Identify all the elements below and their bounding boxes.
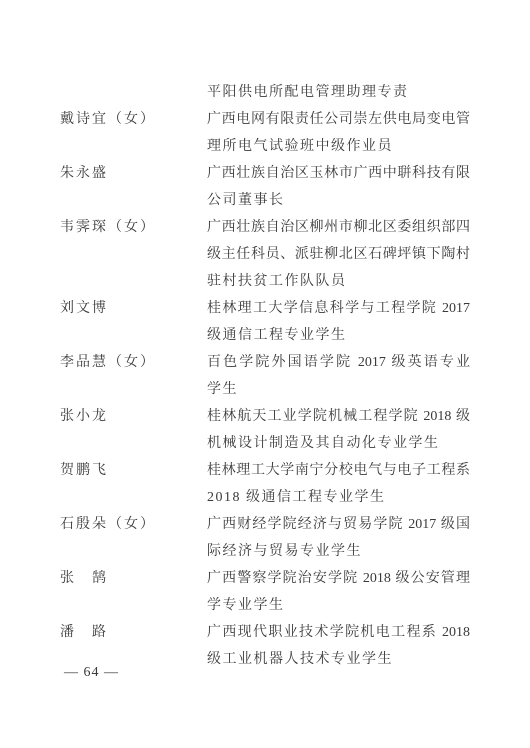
recipient-description: 广西壮族自治区玉林市广西中聠科技有限公司董事长	[207, 160, 470, 214]
description-line: 级工业机器人技术专业学生	[207, 646, 470, 673]
recipient-name: 韦霁琛（女）	[60, 214, 207, 241]
description-line: 百色学院外国语学院 2017 级英语专业	[207, 349, 470, 376]
recipient-description: 桂林理工大学信息科学与工程学院 2017级通信工程专业学生	[207, 295, 470, 349]
description-line: 学专业学生	[207, 592, 470, 619]
page-number: — 64 —	[64, 663, 119, 683]
recipient-description: 广西现代职业技术学院机电工程系 2018级工业机器人技术专业学生	[207, 619, 470, 673]
recipient-description: 百色学院外国语学院 2017 级英语专业学生	[207, 349, 470, 403]
description-line: 理所电气试验班中级作业员	[207, 133, 470, 160]
description-line: 广西壮族自治区玉林市广西中聠科技有限	[207, 160, 470, 187]
description-line: 广西壮族自治区柳州市柳北区委组织部四	[207, 214, 470, 241]
description-line: 桂林理工大学南宁分校电气与电子工程系	[207, 457, 470, 484]
recipient-entry: 张小龙桂林航天工业学院机械工程学院 2018 级机械设计制造及其自动化专业学生	[60, 403, 470, 457]
recipient-name: 贺鹏飞	[60, 457, 207, 484]
recipient-description: 桂林理工大学南宁分校电气与电子工程系2018 级通信工程专业学生	[207, 457, 470, 511]
recipient-entry: 贺鹏飞桂林理工大学南宁分校电气与电子工程系2018 级通信工程专业学生	[60, 457, 470, 511]
description-line: 机械设计制造及其自动化专业学生	[207, 430, 470, 457]
recipient-name: 李品慧（女）	[60, 349, 207, 376]
description-line: 公司董事长	[207, 187, 470, 214]
recipient-list: 平阳供电所配电管理助理专责戴诗宜（女）广西电网有限责任公司崇左供电局变电管理所电…	[60, 79, 470, 673]
recipient-entry: 平阳供电所配电管理助理专责	[60, 79, 470, 106]
recipient-entry: 朱永盛广西壮族自治区玉林市广西中聠科技有限公司董事长	[60, 160, 470, 214]
recipient-entry: 张 鹄广西警察学院治安学院 2018 级公安管理学专业学生	[60, 565, 470, 619]
description-line: 级通信工程专业学生	[207, 322, 470, 349]
recipient-name: 戴诗宜（女）	[60, 106, 207, 133]
description-line: 驻村扶贫工作队队员	[207, 268, 470, 295]
description-line: 广西现代职业技术学院机电工程系 2018	[207, 619, 470, 646]
recipient-entry: 戴诗宜（女）广西电网有限责任公司崇左供电局变电管理所电气试验班中级作业员	[60, 106, 470, 160]
recipient-description: 桂林航天工业学院机械工程学院 2018 级机械设计制造及其自动化专业学生	[207, 403, 470, 457]
description-line: 学生	[207, 376, 470, 403]
description-line: 际经济与贸易专业学生	[207, 538, 470, 565]
recipient-name: 潘 路	[60, 619, 207, 646]
recipient-description: 广西壮族自治区柳州市柳北区委组织部四级主任科员、派驻柳北区石碑坪镇下陶村驻村扶贫…	[207, 214, 470, 295]
description-line: 级主任科员、派驻柳北区石碑坪镇下陶村	[207, 241, 470, 268]
description-line: 桂林航天工业学院机械工程学院 2018 级	[207, 403, 470, 430]
description-line: 广西财经学院经济与贸易学院 2017 级国	[207, 511, 470, 538]
recipient-entry: 石殷朵（女）广西财经学院经济与贸易学院 2017 级国际经济与贸易专业学生	[60, 511, 470, 565]
recipient-description: 广西电网有限责任公司崇左供电局变电管理所电气试验班中级作业员	[207, 106, 470, 160]
recipient-name: 张小龙	[60, 403, 207, 430]
description-line: 桂林理工大学信息科学与工程学院 2017	[207, 295, 470, 322]
recipient-name: 张 鹄	[60, 565, 207, 592]
recipient-description: 广西警察学院治安学院 2018 级公安管理学专业学生	[207, 565, 470, 619]
recipient-entry: 韦霁琛（女）广西壮族自治区柳州市柳北区委组织部四级主任科员、派驻柳北区石碑坪镇下…	[60, 214, 470, 295]
description-line: 平阳供电所配电管理助理专责	[207, 79, 470, 106]
recipient-entry: 潘 路广西现代职业技术学院机电工程系 2018级工业机器人技术专业学生	[60, 619, 470, 673]
description-line: 广西电网有限责任公司崇左供电局变电管	[207, 106, 470, 133]
description-line: 2018 级通信工程专业学生	[207, 484, 470, 511]
recipient-description: 广西财经学院经济与贸易学院 2017 级国际经济与贸易专业学生	[207, 511, 470, 565]
recipient-description: 平阳供电所配电管理助理专责	[207, 79, 470, 106]
recipient-name: 刘文博	[60, 295, 207, 322]
recipient-name: 石殷朵（女）	[60, 511, 207, 538]
description-line: 广西警察学院治安学院 2018 级公安管理	[207, 565, 470, 592]
recipient-entry: 刘文博桂林理工大学信息科学与工程学院 2017级通信工程专业学生	[60, 295, 470, 349]
document-page: 平阳供电所配电管理助理专责戴诗宜（女）广西电网有限责任公司崇左供电局变电管理所电…	[0, 0, 530, 748]
recipient-name: 朱永盛	[60, 160, 207, 187]
recipient-entry: 李品慧（女）百色学院外国语学院 2017 级英语专业学生	[60, 349, 470, 403]
